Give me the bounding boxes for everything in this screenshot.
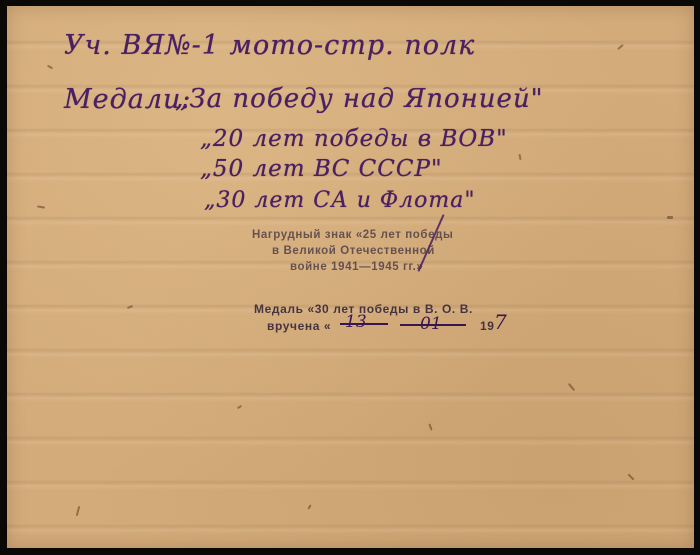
medal-item: „30 лет СА и Флота" [204, 188, 476, 213]
paper-fleck [667, 216, 673, 219]
handed-year-prefix: 19 [480, 319, 495, 333]
paper-fleck [237, 405, 242, 410]
paper-fleck [617, 44, 624, 50]
medal-item: „За победу над Японией" [175, 84, 544, 114]
unit-line: Уч. ВЯ№-1 мото-стр. полк [64, 30, 475, 61]
stamp-badge-line: войне 1941—1945 гг.» [290, 261, 423, 273]
paper-fleck [47, 65, 53, 70]
date-underline [340, 323, 388, 325]
date-underline [400, 324, 466, 326]
paper-fleck [627, 473, 634, 480]
paper-fleck [307, 504, 311, 509]
stamp-handed-label: вручена « [267, 319, 331, 333]
paper-fleck [518, 154, 521, 160]
stamp-badge-line: Нагрудный знак «25 лет победы [252, 229, 453, 241]
medal-item: „50 лет ВС СССР" [200, 156, 443, 182]
paper-fleck [568, 383, 575, 391]
handed-day: 13 [345, 312, 367, 332]
medal-item: „20 лет победы в ВОВ" [200, 126, 508, 152]
paper-fleck [37, 205, 45, 208]
paper-fleck [127, 305, 133, 309]
medals-label: Медали: [64, 84, 192, 115]
paper-fleck [428, 423, 432, 430]
stamp-badge-line: в Великой Отечественной [272, 245, 435, 257]
paper-fleck [76, 506, 81, 516]
handed-year-suffix: 7 [494, 310, 507, 334]
